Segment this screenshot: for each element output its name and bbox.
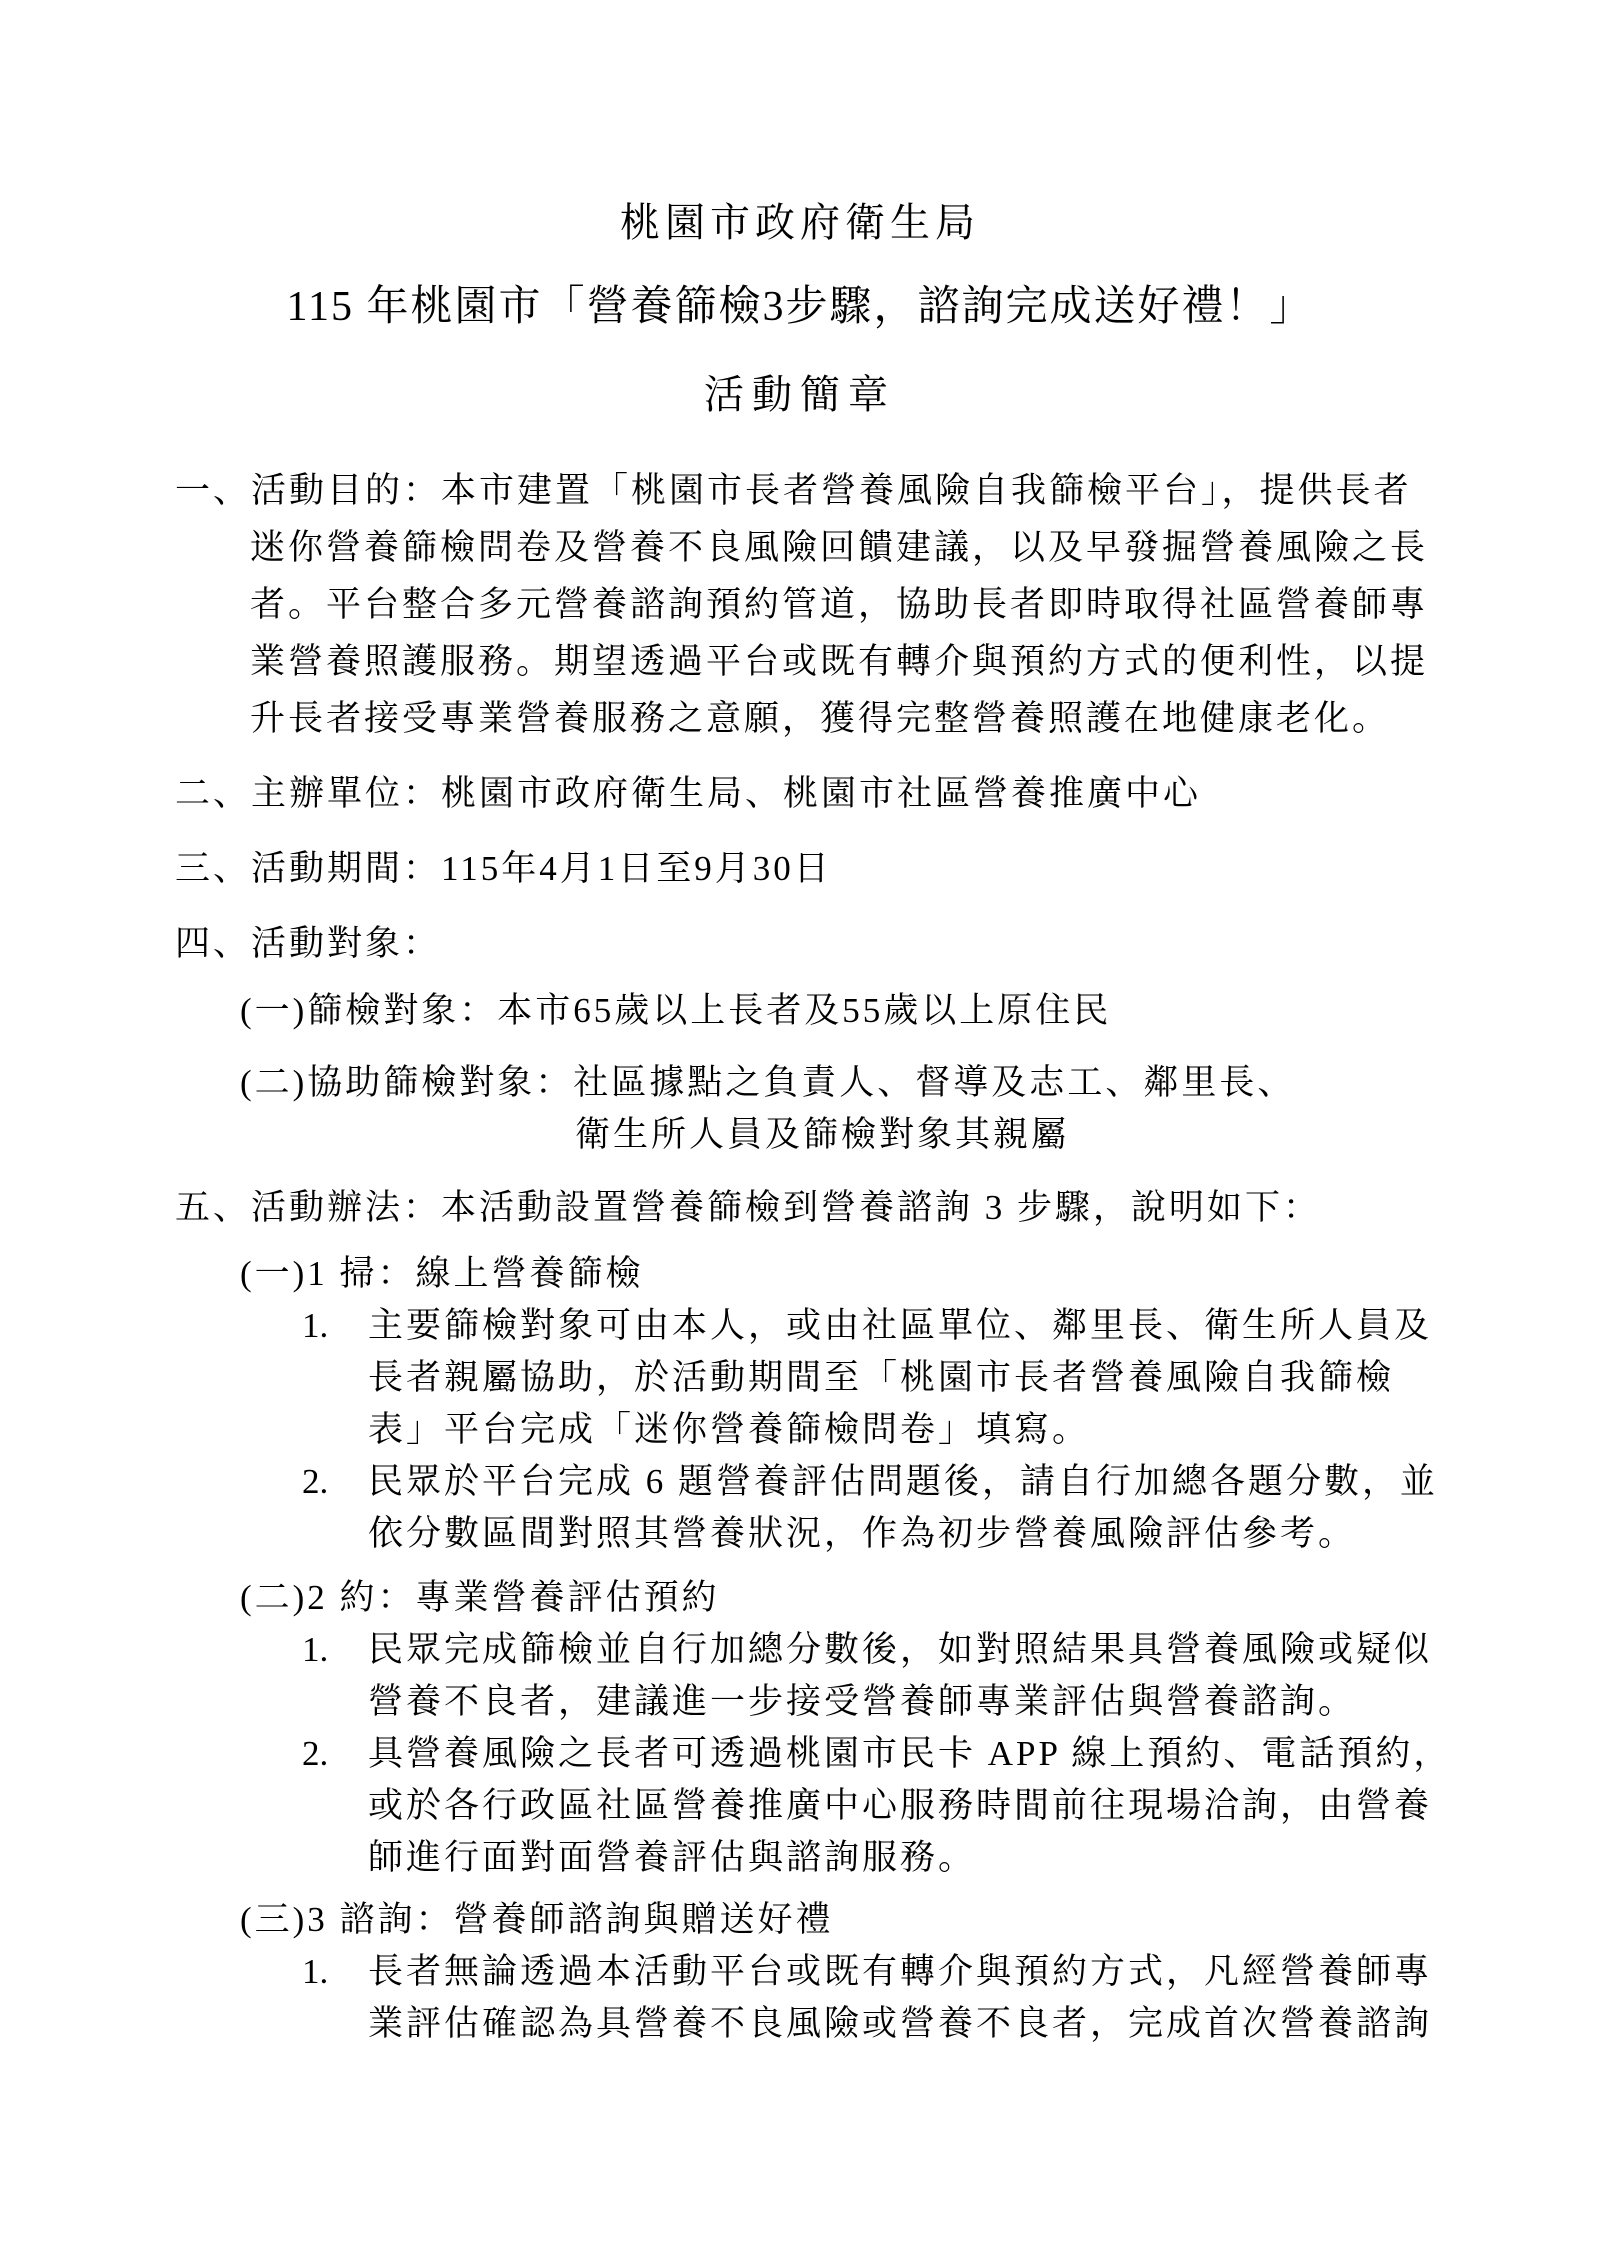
step1-item2-line-1: 民眾於平台完成 6 題營養評估問題後，請自行加總各題分數，並 [368,1456,1438,1508]
step3-item1-number: 1. [302,1946,368,2050]
step2-item1-text: 民眾完成篩檢並自行加總分數後，如對照結果具營養風險或疑似 營養不良者，建議進一步… [368,1624,1432,1728]
purpose-line-3: 者。平台整合多元營養諮詢預約管道，協助長者即時取得社區營養師專 [250,576,1600,633]
step2-item1-line-2: 營養不良者，建議進一步接受營養師專業評估與營養諮詢。 [368,1676,1432,1728]
period-line: 三、活動期間：115年4月1日至9月30日 [175,840,1600,897]
step1-item2-text: 民眾於平台完成 6 題營養評估問題後，請自行加總各題分數，並 依分數區間對照其營… [368,1456,1438,1560]
step3-item1-line-1: 長者無論透過本活動平台或既有轉介與預約方式，凡經營養師專 [368,1946,1432,1998]
methods-heading: 五、活動辦法：本活動設置營養篩檢到營養諮詢 3 步驟，說明如下： [175,1179,1600,1236]
step3-item1-line-2: 業評估確認為具營養不良風險或營養不良者，完成首次營養諮詢 [368,1998,1432,2050]
purpose-line-4: 業營養照護服務。期望透過平台或既有轉介與預約方式的便利性，以提 [250,633,1600,690]
step1-item1-line-2: 長者親屬協助，於活動期間至「桃園市長者營養風險自我篩檢 [368,1352,1432,1404]
step1-item2: 2. 民眾於平台完成 6 題營養評估問題後，請自行加總各題分數，並 依分數區間對… [0,1456,1600,1560]
step3-heading: (三)3 諮詢：營養師諮詢與贈送好禮 [240,1894,1600,1946]
step1-heading: (一)1 掃：線上營養篩檢 [240,1248,1600,1300]
doc-subtitle: 活動簡章 [0,367,1600,423]
step1-item1-number: 1. [302,1300,368,1456]
step2-heading: (二)2 約：專業營養評估預約 [240,1572,1600,1624]
doc-title: 桃園市政府衛生局 [0,195,1600,251]
step1-item1-line-1: 主要篩檢對象可由本人，或由社區單位、鄰里長、衛生所人員及 [368,1300,1432,1352]
step2-item2-line-3: 師進行面對面營養評估與諮詢服務。 [368,1832,1451,1884]
step2-item2-line-1: 具營養風險之長者可透過桃園市民卡 APP 線上預約、電話預約， [368,1728,1451,1780]
step2-item2-line-2: 或於各行政區社區營養推廣中心服務時間前往現場洽詢，由營養 [368,1780,1451,1832]
step1-item1-text: 主要篩檢對象可由本人，或由社區單位、鄰里長、衛生所人員及 長者親屬協助，於活動期… [368,1300,1432,1456]
step2-item1-number: 1. [302,1624,368,1728]
step2-item1-line-1: 民眾完成篩檢並自行加總分數後，如對照結果具營養風險或疑似 [368,1624,1432,1676]
assist-target-line-2: 衛生所人員及篩檢對象其親屬 [575,1109,1600,1161]
step1-item1: 1. 主要篩檢對象可由本人，或由社區單位、鄰里長、衛生所人員及 長者親屬協助，於… [0,1300,1600,1456]
section-purpose: 一、活動目的：本市建置「桃園市長者營養風險自我篩檢平台」，提供長者 迷你營養篩檢… [0,462,1600,747]
step2-item2: 2. 具營養風險之長者可透過桃園市民卡 APP 線上預約、電話預約， 或於各行政… [0,1728,1600,1884]
targets-heading: 四、活動對象： [175,915,1600,972]
document-page: 桃園市政府衛生局 115 年桃園市「營養篩檢3步驟，諮詢完成送好禮！」 活動簡章… [0,0,1600,2263]
step2-item1: 1. 民眾完成篩檢並自行加總分數後，如對照結果具營養風險或疑似 營養不良者，建議… [0,1624,1600,1728]
step3-item1-text: 長者無論透過本活動平台或既有轉介與預約方式，凡經營養師專 業評估確認為具營養不良… [368,1946,1432,2050]
step1-item1-line-3: 表」平台完成「迷你營養篩檢問卷」填寫。 [368,1404,1432,1456]
purpose-line-5: 升長者接受專業營養服務之意願，獲得完整營養照護在地健康老化。 [250,690,1600,747]
assist-target-line-1: (二)協助篩檢對象：社區據點之負責人、督導及志工、鄰里長、 [240,1057,1600,1109]
organizer-line: 二、主辦單位：桃園市政府衛生局、桃園市社區營養推廣中心 [175,765,1600,822]
purpose-line-2: 迷你營養篩檢問卷及營養不良風險回饋建議，以及早發掘營養風險之長 [250,519,1600,576]
step2-item2-text: 具營養風險之長者可透過桃園市民卡 APP 線上預約、電話預約， 或於各行政區社區… [368,1728,1451,1884]
step3-item1: 1. 長者無論透過本活動平台或既有轉介與預約方式，凡經營養師專 業評估確認為具營… [0,1946,1600,2050]
screening-target-line: (一)篩檢對象：本市65歲以上長者及55歲以上原住民 [240,982,1600,1039]
assist-target-block: (二)協助篩檢對象：社區據點之負責人、督導及志工、鄰里長、 衛生所人員及篩檢對象… [0,1057,1600,1161]
purpose-line-1: 一、活動目的：本市建置「桃園市長者營養風險自我篩檢平台」，提供長者 [175,462,1600,519]
step2-item2-number: 2. [302,1728,368,1884]
step1-item2-line-2: 依分數區間對照其營養狀況，作為初步營養風險評估參考。 [368,1508,1438,1560]
event-title: 115 年桃園市「營養篩檢3步驟，諮詢完成送好禮！」 [0,278,1600,336]
step1-item2-number: 2. [302,1456,368,1560]
